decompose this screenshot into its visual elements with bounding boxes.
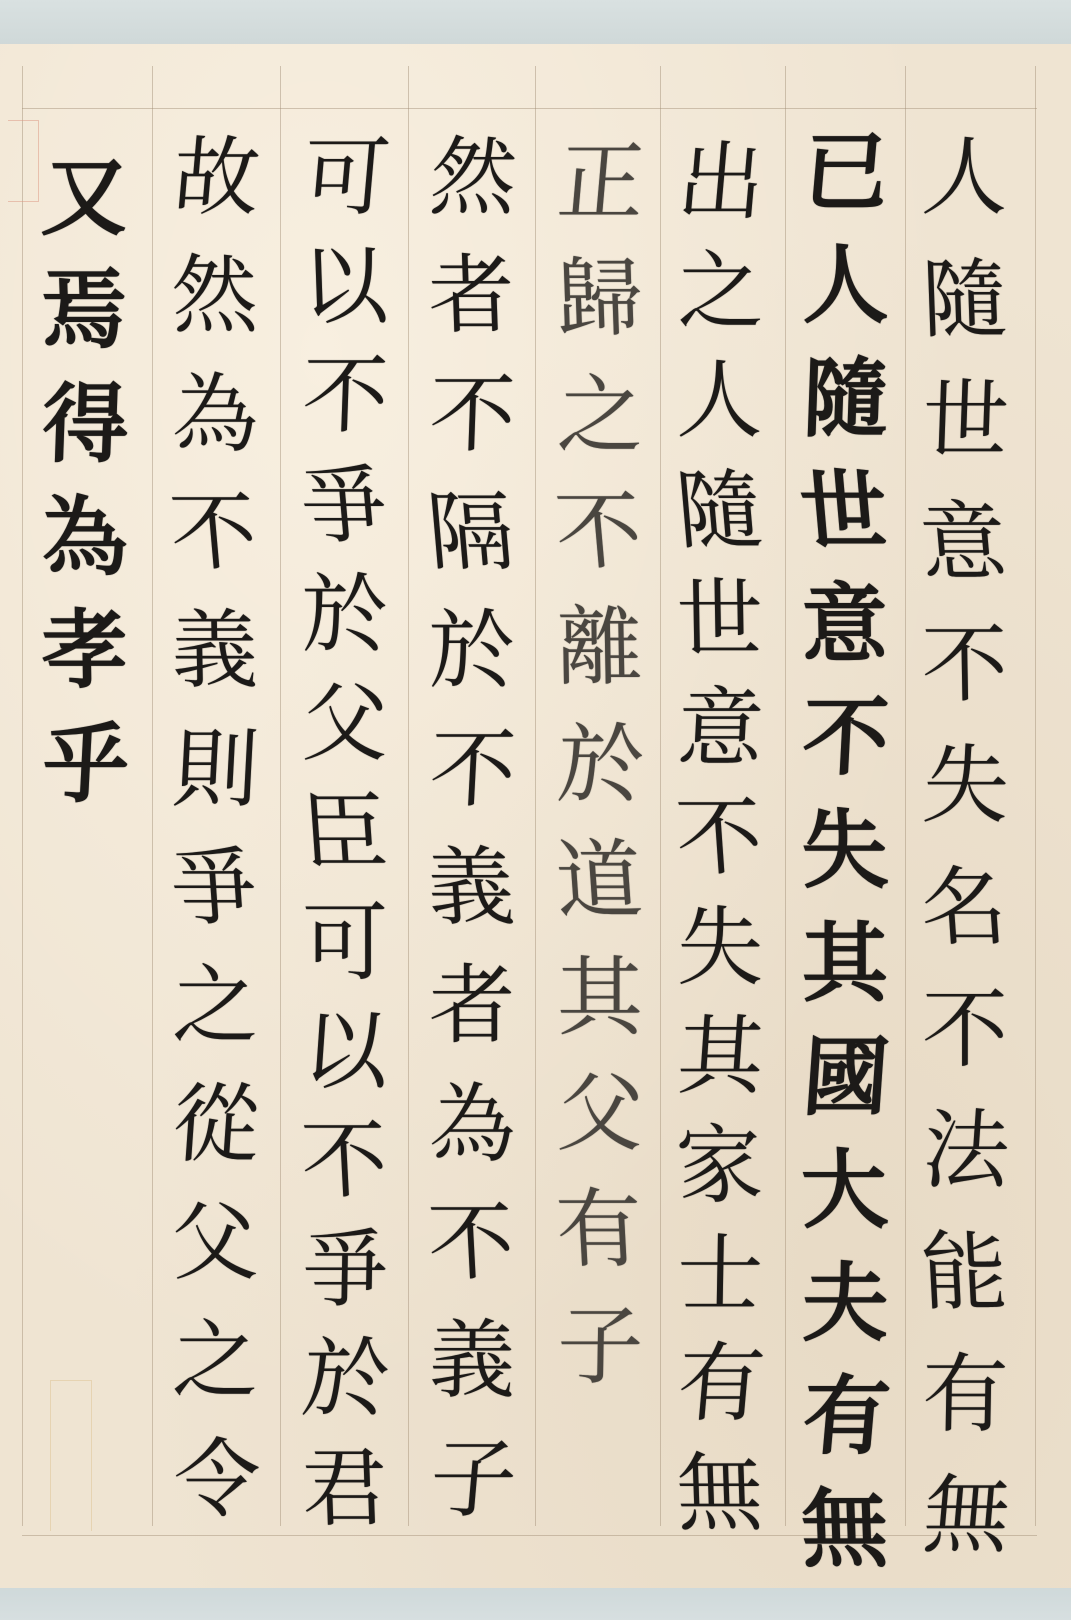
ruling-line: [535, 66, 536, 1526]
text-column-3: 出之人隨世意不失其家士有無: [660, 140, 780, 1560]
calligraphy-character: 又: [37, 155, 133, 268]
calligraphy-character: 意: [801, 582, 889, 695]
calligraphy-character: 於: [301, 572, 389, 681]
faded-seal-mark: [50, 1380, 92, 1531]
calligraphy-character: 臣: [298, 790, 392, 899]
calligraphy-character: 爭: [301, 1227, 389, 1336]
calligraphy-character: 離: [556, 605, 644, 721]
calligraphy-character: 之: [555, 373, 645, 489]
calligraphy-character: 失: [919, 743, 1011, 865]
calligraphy-character: 者: [429, 963, 515, 1081]
calligraphy-character: 可: [302, 900, 388, 1009]
calligraphy-character: 不: [426, 1200, 518, 1318]
calligraphy-character: 有: [672, 1341, 768, 1450]
calligraphy-character: 有: [797, 1374, 893, 1487]
calligraphy-character: 名: [918, 865, 1013, 987]
calligraphy-character: 為: [425, 1082, 519, 1200]
calligraphy-character: 不: [799, 695, 891, 808]
calligraphy-character: 無: [675, 1451, 765, 1560]
calligraphy-character: 有: [921, 1352, 1009, 1474]
calligraphy-character: 乎: [39, 722, 131, 835]
calligraphy-character: 世: [920, 378, 1010, 500]
calligraphy-character: 士: [676, 1232, 764, 1341]
calligraphy-character: 不: [426, 727, 518, 845]
calligraphy-character: 以: [300, 244, 390, 353]
calligraphy-character: 國: [798, 1035, 892, 1148]
calligraphy-character: 失: [798, 808, 892, 921]
calligraphy-character: 人: [800, 243, 890, 356]
calligraphy-character: 父: [299, 681, 391, 790]
calligraphy-character: 以: [298, 1009, 392, 1118]
calligraphy-character: 歸: [555, 256, 645, 372]
calligraphy-character: 家: [674, 1123, 766, 1232]
calligraphy-character: 道: [553, 838, 647, 954]
calligraphy-character: 為: [170, 372, 260, 490]
calligraphy-character: 孝: [41, 608, 129, 721]
calligraphy-character: 世: [797, 469, 893, 582]
calligraphy-character: 不: [921, 622, 1009, 744]
ruling-line: [1035, 66, 1036, 1526]
ruling-top: [22, 108, 1037, 109]
calligraphy-character: 其: [673, 1014, 767, 1123]
calligraphy-character: 正: [552, 140, 648, 256]
ruling-line: [152, 66, 153, 1526]
calligraphy-character: 其: [557, 955, 643, 1071]
calligraphy-character: 人: [917, 135, 1014, 257]
text-column-8: 又焉得為孝乎: [25, 155, 145, 835]
calligraphy-character: 為: [37, 495, 133, 608]
calligraphy-character: 者: [427, 253, 517, 371]
calligraphy-character: 有: [554, 1187, 646, 1303]
calligraphy-character: 不: [300, 353, 390, 462]
calligraphy-character: 令: [167, 1437, 263, 1555]
calligraphy-character: 不: [167, 490, 263, 608]
text-column-5: 然者不隔於不義者為不義子: [412, 135, 532, 1555]
calligraphy-character: 不: [299, 1118, 391, 1227]
calligraphy-character: 法: [918, 1108, 1013, 1230]
calligraphy-character: 出: [672, 140, 768, 249]
calligraphy-character: 意: [917, 500, 1014, 622]
calligraphy-character: 於: [554, 722, 646, 838]
calligraphy-character: 夫: [801, 1261, 889, 1374]
calligraphy-character: 不: [427, 372, 517, 490]
calligraphy-character: 於: [297, 1336, 393, 1445]
ruling-line: [408, 66, 409, 1526]
calligraphy-character: 世: [676, 577, 764, 686]
scroll-mount-top: [0, 0, 1071, 46]
calligraphy-character: 義: [171, 608, 259, 726]
calligraphy-character: 其: [802, 921, 888, 1034]
calligraphy-character: 之: [172, 963, 258, 1081]
text-column-2: 已人隨世意不失其國大夫有無: [785, 130, 905, 1600]
text-column-7: 故然為不義則爭之從父之令: [155, 135, 275, 1555]
text-column-1: 人隨世意不失名不法能有無: [905, 135, 1025, 1595]
calligraphy-character: 隨: [672, 468, 768, 577]
calligraphy-character: 隨: [800, 356, 890, 469]
calligraphy-character: 子: [424, 1437, 520, 1555]
calligraphy-character: 已: [797, 130, 893, 243]
calligraphy-character: 隨: [920, 257, 1010, 379]
text-column-4: 正歸之不離於道其父有子: [540, 140, 660, 1420]
calligraphy-character: 從: [168, 1082, 262, 1200]
calligraphy-character: 義: [428, 1318, 516, 1436]
calligraphy-character: 君: [300, 1446, 390, 1555]
calligraphy-character: 父: [553, 1071, 647, 1187]
calligraphy-character: 之: [675, 249, 765, 358]
calligraphy-character: 意: [674, 686, 766, 795]
calligraphy-character: 人: [675, 358, 765, 467]
calligraphy-character: 大: [799, 1148, 891, 1261]
calligraphy-character: 則: [169, 727, 261, 845]
calligraphy-character: 不: [673, 795, 767, 904]
ruling-line: [280, 66, 281, 1526]
calligraphy-character: 於: [428, 608, 516, 726]
calligraphy-character: 子: [556, 1304, 644, 1420]
calligraphy-character: 父: [169, 1200, 261, 1318]
calligraphy-character: 得: [40, 382, 130, 495]
calligraphy-character: 故: [167, 135, 263, 253]
calligraphy-character: 然: [170, 253, 260, 371]
calligraphy-character: 之: [171, 1318, 259, 1436]
calligraphy-character: 義: [425, 845, 519, 963]
calligraphy-character: 不: [552, 489, 648, 605]
calligraphy-character: 隔: [424, 490, 520, 608]
calligraphy-character: 爭: [297, 463, 393, 572]
calligraphy-character: 可: [297, 135, 393, 244]
calligraphy-character: 能: [919, 1230, 1011, 1352]
calligraphy-character: 然: [424, 135, 520, 253]
calligraphy-character: 失: [677, 905, 763, 1014]
text-column-6: 可以不爭於父臣可以不爭於君: [285, 135, 405, 1555]
calligraphy-character: 無: [800, 1487, 890, 1600]
calligraphy-character: 焉: [40, 268, 130, 381]
ruling-line: [22, 66, 23, 1526]
calligraphy-character: 爭: [168, 845, 262, 963]
calligraphy-character: 不: [922, 987, 1008, 1109]
calligraphy-character: 無: [917, 1473, 1014, 1595]
